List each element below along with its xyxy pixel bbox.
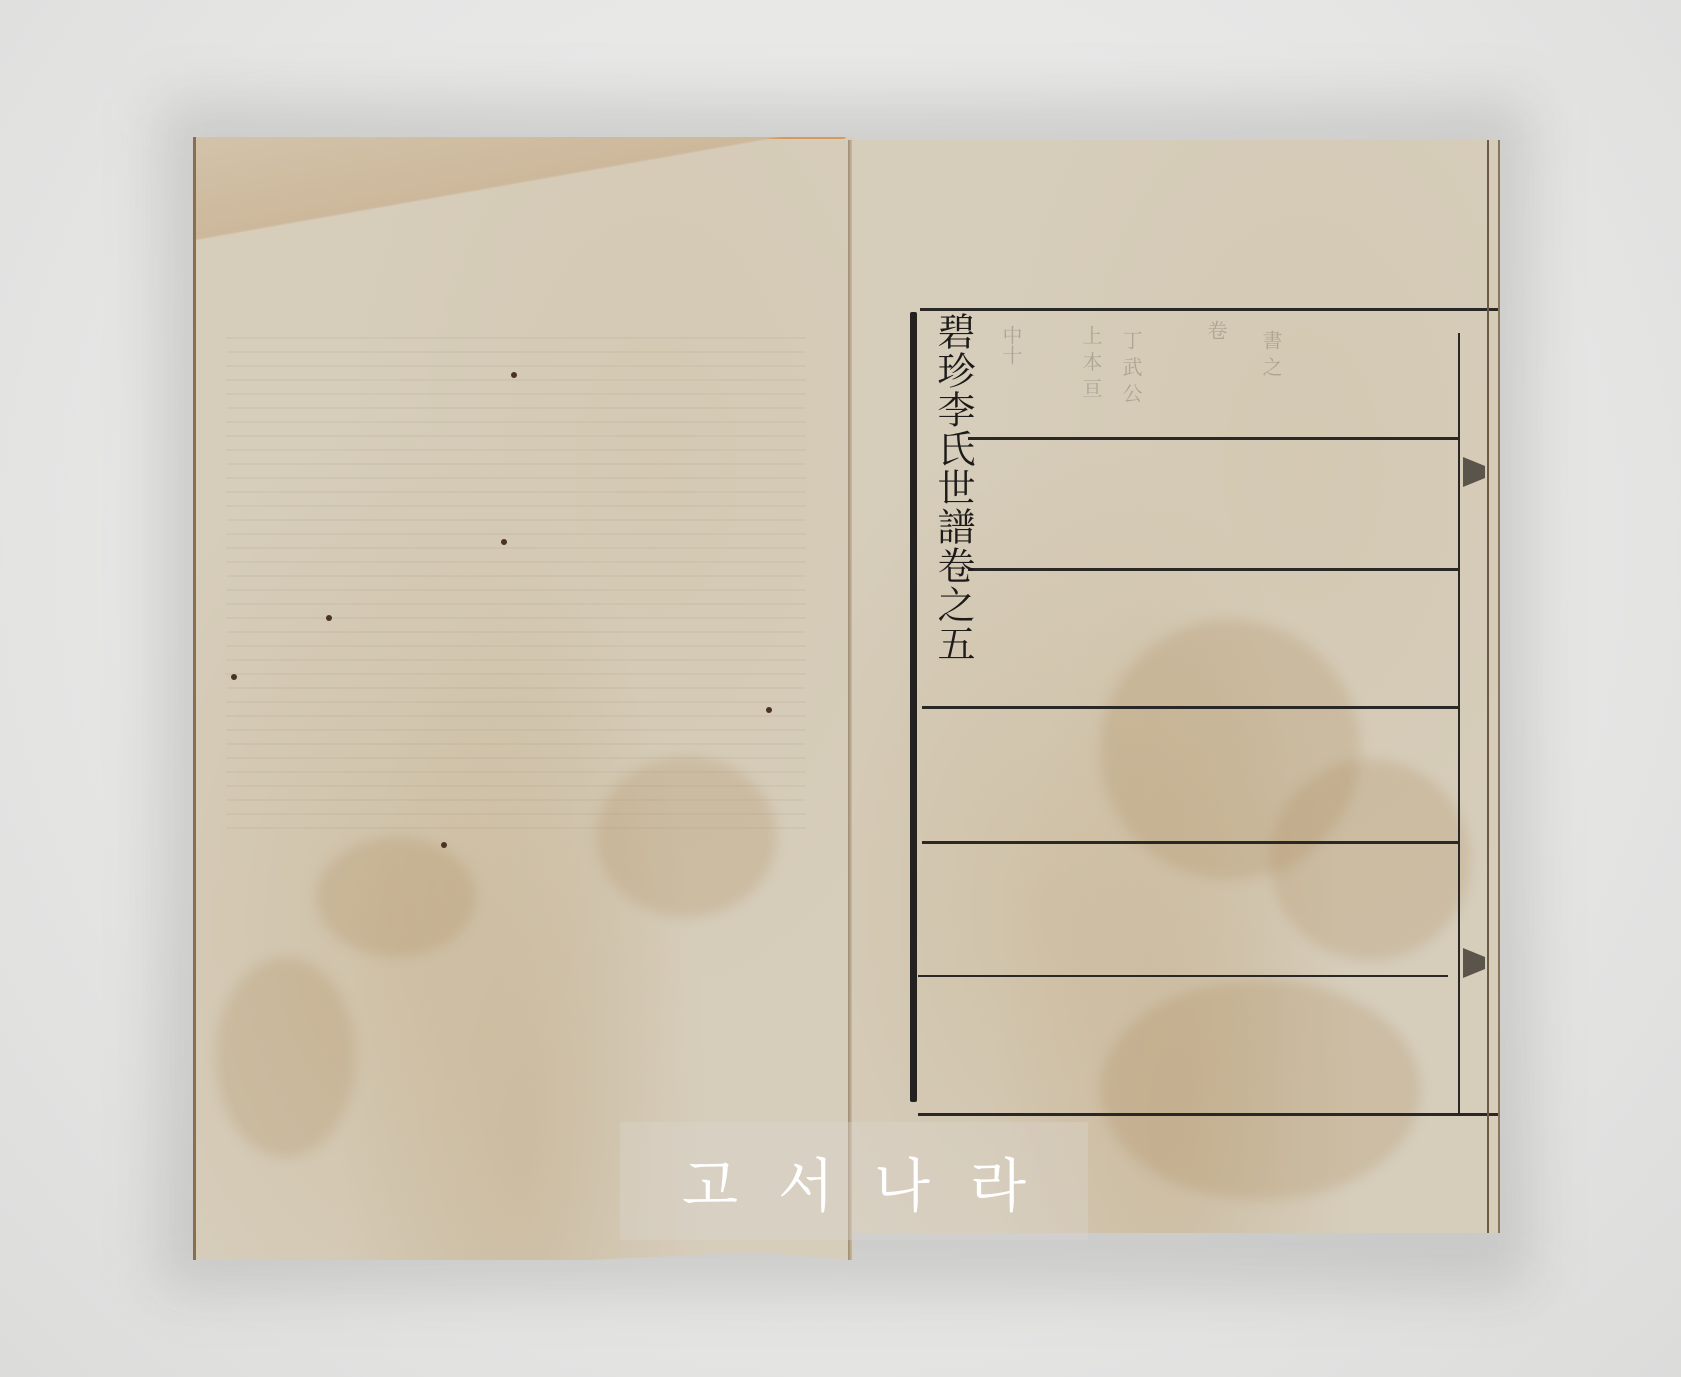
faded-text: 上 本 亘: [1080, 325, 1102, 398]
ink-spot: [441, 842, 447, 848]
row-line: [968, 437, 1458, 440]
frame-bottom-line: [918, 1113, 1498, 1116]
watermark: 고서나라: [620, 1122, 1088, 1240]
faded-text: 丁 武 公: [1120, 330, 1142, 403]
faded-text: 卷: [1205, 320, 1227, 340]
faded-text: 中十: [1000, 325, 1022, 365]
ink-spot: [231, 674, 237, 680]
ink-spot: [511, 372, 517, 378]
row-line: [968, 568, 1458, 571]
ink-spot: [326, 615, 332, 621]
water-stain: [316, 837, 476, 957]
folded-corner: [196, 137, 853, 247]
book-title: 碧珍李氏世譜卷之五: [922, 312, 970, 663]
book-spine: [848, 140, 852, 1260]
water-stain: [1100, 980, 1420, 1200]
water-stain: [216, 957, 356, 1157]
row-line: [918, 975, 1448, 977]
frame-top-line: [920, 308, 1498, 311]
ink-spot: [766, 707, 772, 713]
faded-text: 書 之: [1260, 330, 1282, 376]
frame-left-border: [910, 312, 917, 1102]
ink-spot: [501, 539, 507, 545]
page-outer-edge: [1487, 140, 1489, 1233]
water-stain: [1270, 760, 1470, 960]
water-stain: [596, 757, 776, 917]
frame-right-border: [1458, 333, 1460, 1113]
row-line: [922, 841, 1458, 844]
right-page: [850, 140, 1500, 1233]
watermark-text: 고서나라: [642, 1139, 1066, 1223]
row-line: [922, 706, 1458, 709]
left-page: [193, 137, 853, 1260]
